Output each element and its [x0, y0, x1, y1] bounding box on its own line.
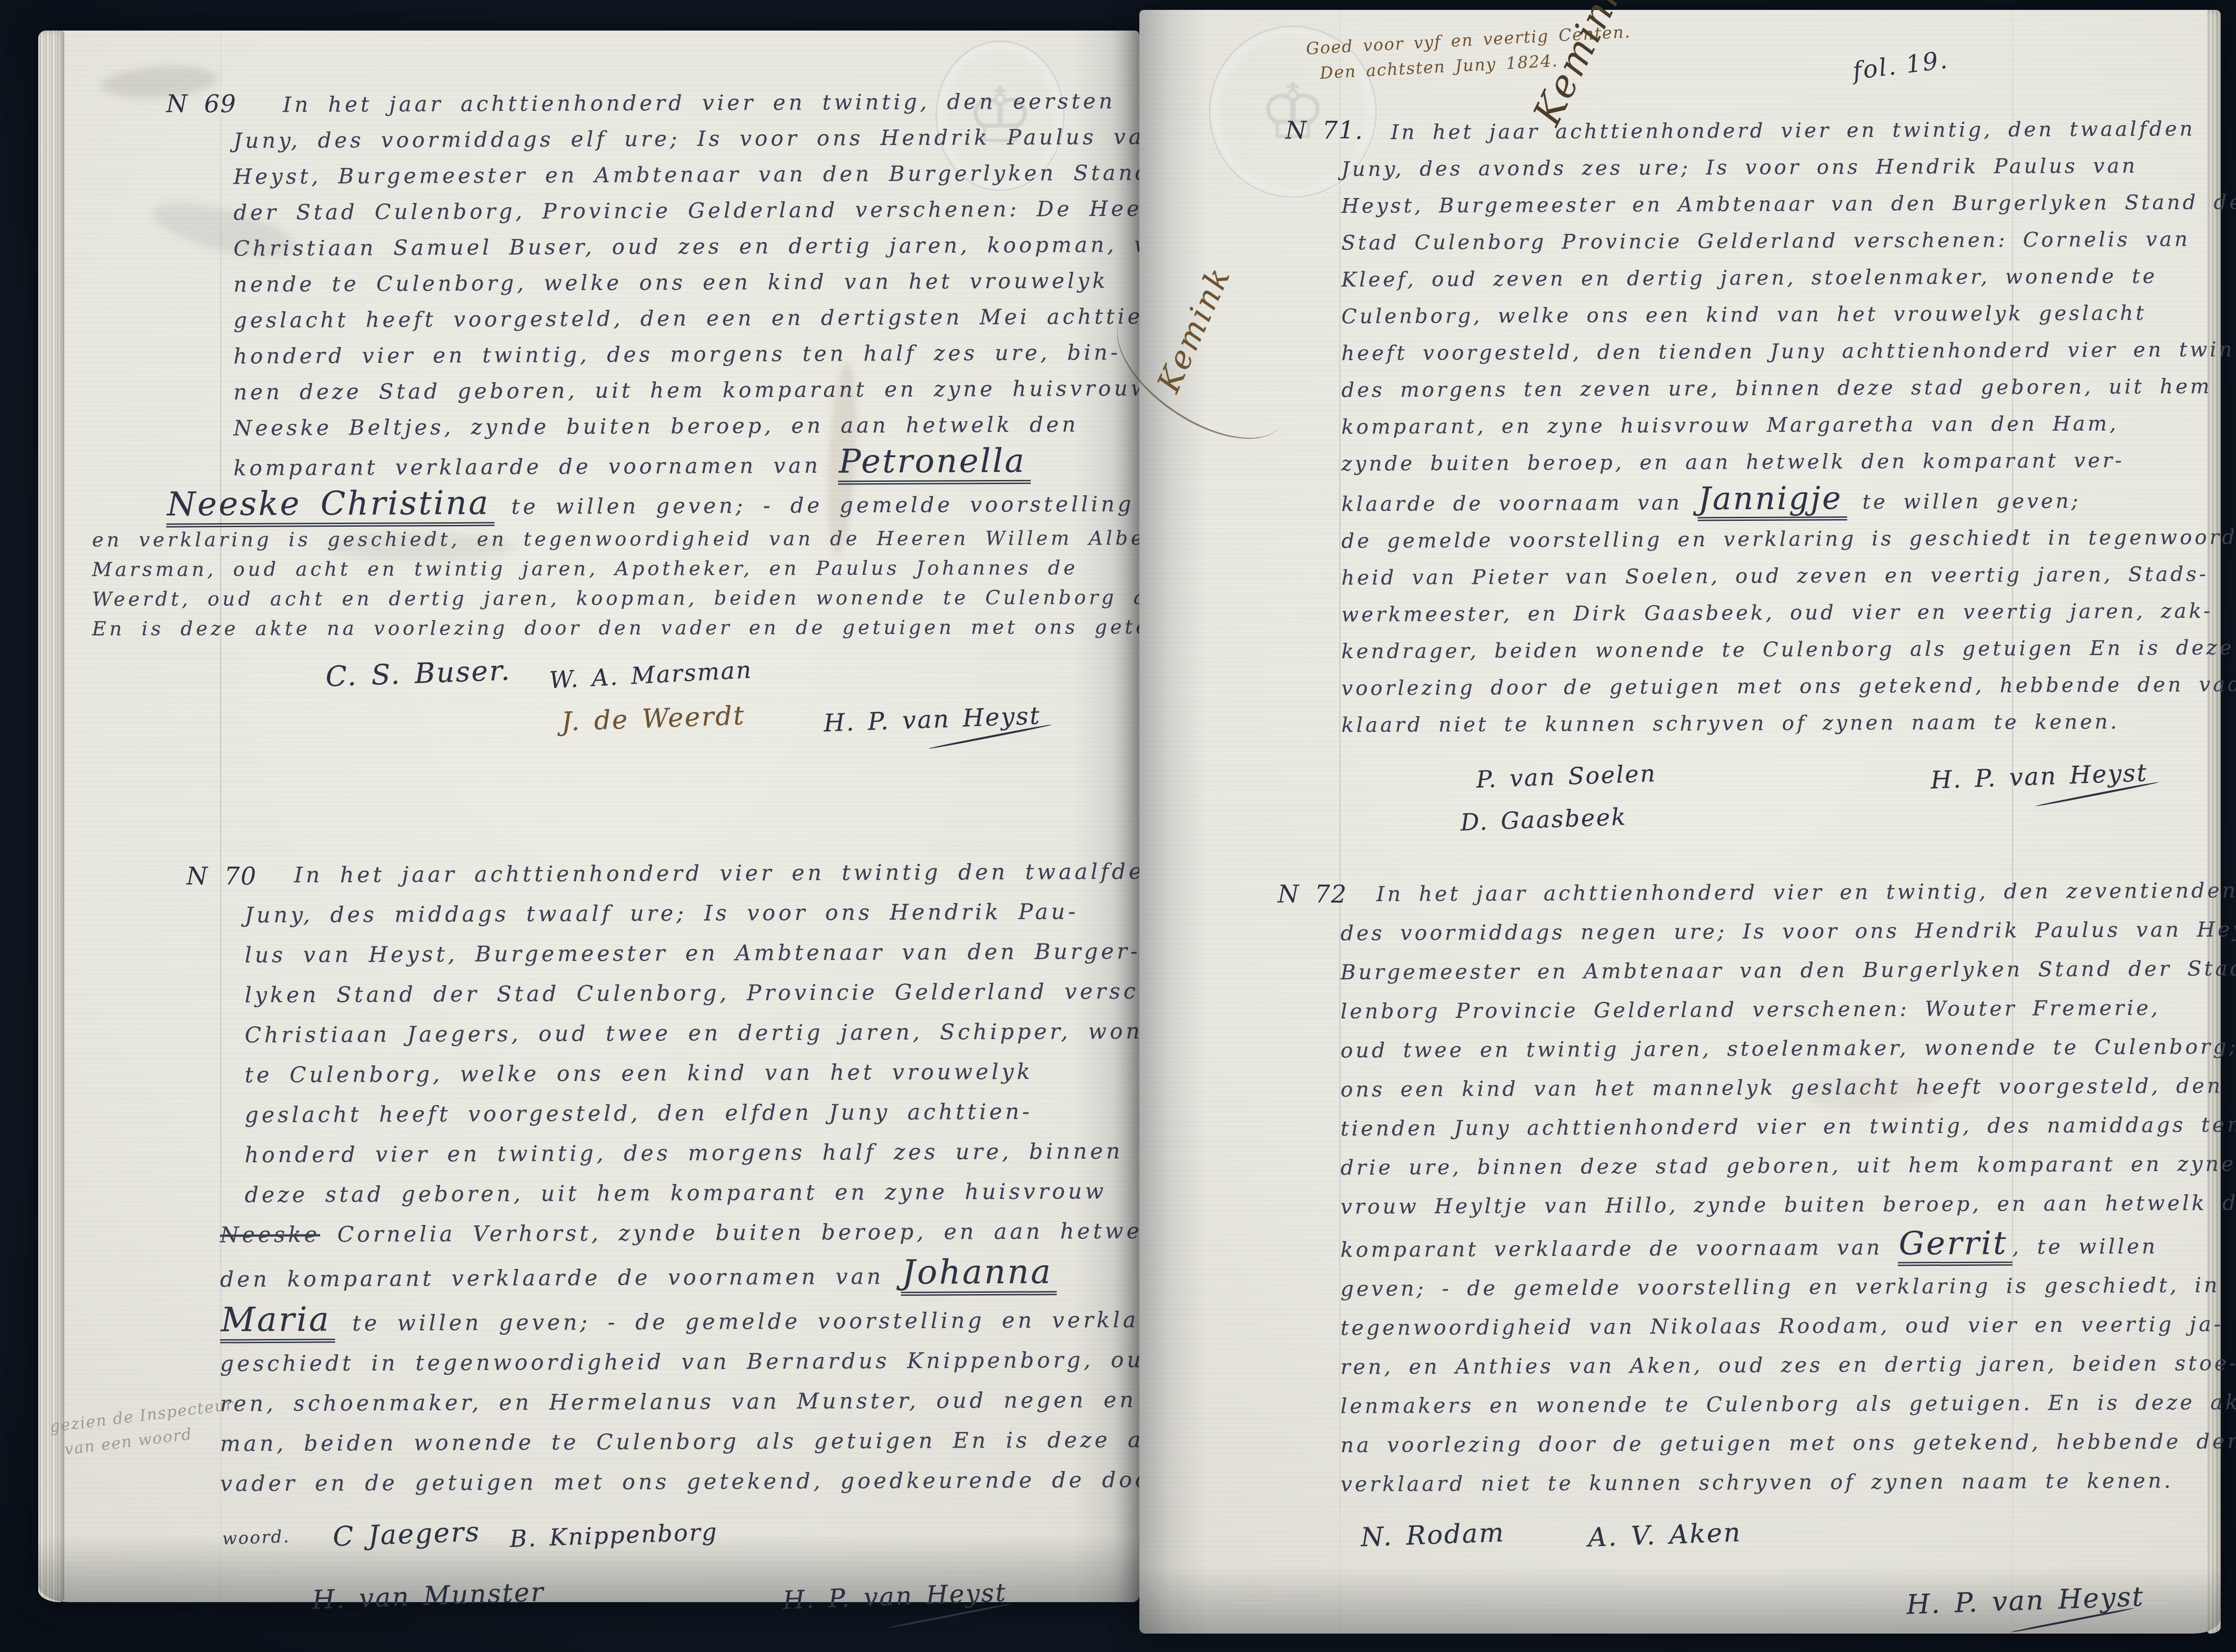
handwritten-line: geslacht heeft voorgesteld, den een en d… — [234, 299, 1136, 339]
text-segment: Heyst, Burgemeester en Ambtenaar van den… — [234, 160, 1152, 189]
text-segment: te willen geven; - de gemelde voorstelli… — [335, 1307, 1238, 1336]
handwritten-line: heeft voorgesteld, den tienden Juny acht… — [1341, 331, 2150, 372]
text-segment: heeft voorgesteld, den tienden Juny acht… — [1341, 337, 2236, 365]
handwritten-line: In het jaar achttienhonderd vier en twin… — [294, 852, 1138, 895]
handwritten-line: en verklaring is geschiedt, en tegenwoor… — [92, 524, 1136, 555]
birth-record-entry: N 72In het jaar achttienhonderd vier en … — [1341, 873, 2153, 1623]
handwritten-line: klaard niet te kunnen schryven of zynen … — [1341, 703, 2150, 744]
text-segment: nen deze Stad geboren, uit hem komparant… — [234, 376, 1152, 405]
handwritten-line: man, beiden wonende te Culenborg als get… — [220, 1420, 1138, 1464]
handwritten-line: nen deze Stad geboren, uit hem komparant… — [234, 371, 1136, 411]
text-segment: Marsman, oud acht en twintig jaren, Apot… — [92, 557, 1078, 581]
signature-row: H. P. van Heyst — [1341, 1562, 2153, 1623]
text-segment: Heyst, Burgemeester en Ambtenaar van den… — [1341, 190, 2236, 218]
handwritten-line: der Stad Culenborg, Provincie Gelderland… — [234, 191, 1136, 231]
text-segment: ons een kind van het mannelyk geslacht h… — [1341, 1073, 2236, 1101]
handwritten-line: geschiedt in tegenwoordigheid van Bernar… — [220, 1340, 1138, 1384]
struck-word: Neeske — [220, 1222, 320, 1247]
text-segment: In het jaar achttienhonderd vier en twin… — [283, 89, 1116, 117]
handwritten-line: lenmakers en wonende te Culenborg als ge… — [1341, 1383, 2153, 1426]
handwritten-line: Christiaan Jaegers, oud twee en dertig j… — [245, 1012, 1138, 1056]
handwritten-line: Culenborg, welke ons een kind van het vr… — [1341, 295, 2150, 335]
text-segment: En is deze akte na voorlezing door den v… — [92, 616, 1221, 640]
handwritten-line: nende te Culenborg, welke ons een kind v… — [234, 263, 1136, 303]
handwritten-line: kendrager, beiden wonende te Culenborg a… — [1341, 630, 2150, 670]
handwritten-line: komparant, en zyne huisvrouw Margaretha … — [1341, 405, 2150, 445]
signature-block: P. van SoelenH. P. van HeystD. Gaasbeek — [1341, 758, 2150, 838]
signature-weerdt: J. de Weerdt — [561, 697, 746, 740]
text-segment: Burgemeester en Ambtenaar van den Burger… — [1341, 956, 2236, 984]
handwritten-line: honderd vier en twintig, des morgens hal… — [245, 1132, 1138, 1176]
text-segment: den komparant verklaarde de voornamen va… — [220, 1264, 901, 1292]
handwritten-line: lus van Heyst, Burgemeester en Ambtenaar… — [245, 932, 1138, 976]
text-segment: Christiaan Samuel Buser, oud zes en dert… — [234, 232, 1182, 261]
handwritten-line: verklaard niet te kunnen schryven of zyn… — [1341, 1461, 2153, 1504]
handwritten-line: zynde buiten beroep, en aan hetwelk den … — [1341, 442, 2150, 482]
handwritten-line: tegenwoordigheid van Nikolaas Roodam, ou… — [1341, 1305, 2153, 1348]
handwritten-line: Neeske Beltjes, zynde buiten beroep, en … — [234, 407, 1136, 447]
signature-rodam: N. Rodam — [1360, 1513, 1506, 1557]
handwritten-line: In het jaar achttienhonderd vier en twin… — [1376, 871, 2153, 914]
signature-row: C. S. Buser.W. A. Marsman — [234, 656, 1136, 693]
text-segment: Neeske Beltjes, zynde buiten beroep, en … — [234, 412, 1079, 441]
handwritten-line: werkmeester, en Dirk Gaasbeek, oud vier … — [1341, 593, 2150, 633]
handwritten-line: lenborg Provincie Gelderland verschenen:… — [1341, 988, 2153, 1031]
text-segment: verklaard niet te kunnen schryven of zyn… — [1341, 1468, 2173, 1496]
signature-heyst70: H. P. van Heyst — [782, 1573, 1012, 1623]
handwritten-line: Christiaan Samuel Buser, oud zes en dert… — [234, 227, 1136, 267]
birth-record-entry: N 69In het jaar achttienhonderd vier en … — [234, 85, 1136, 740]
signature-block: N. RodamA. V. AkenH. P. van Heyst — [1341, 1515, 2153, 1623]
signature-row: P. van SoelenH. P. van Heyst — [1341, 758, 2150, 797]
signature-block: woord.C JaegersB. KnippenborgH. van Muns… — [245, 1515, 1138, 1619]
handwritten-line: klaarde de voornaam van Jannigje te will… — [1341, 479, 2150, 523]
text-segment: honderd vier en twintig, des morgens ten… — [234, 340, 1121, 369]
text-segment: Weerdt, oud acht en dertig jaren, koopma… — [92, 586, 1299, 611]
handwritten-line: Neeske Cornelia Verhorst, zynde buiten b… — [220, 1211, 1138, 1256]
text-segment: komparant, en zyne huisvrouw Margaretha … — [1341, 411, 2119, 439]
text-segment: In het jaar achttienhonderd vier en twin… — [294, 859, 1162, 888]
entry-number: N 72 — [1278, 875, 1347, 914]
text-segment: In het jaar achttienhonderd vier en twin… — [1376, 878, 2236, 906]
handwritten-line: Marsman, oud acht en twintig jaren, Apot… — [92, 553, 1136, 585]
handwritten-line: den komparant verklaarde de voornamen va… — [220, 1251, 1138, 1300]
signature-heyst71: H. P. van Heyst — [1930, 754, 2160, 801]
text-segment: honderd vier en twintig, des morgens hal… — [245, 1139, 1123, 1168]
signature-row: D. Gaasbeek — [1341, 804, 2150, 838]
birth-record-entry: N 70In het jaar achttienhonderd vier en … — [245, 854, 1138, 1619]
text-segment: voorlezing door de getuigen met ons gete… — [1341, 672, 2236, 700]
handwritten-line: lyken Stand der Stad Culenborg, Provinci… — [245, 972, 1138, 1016]
underlined-given-name: Neeske Christina — [166, 484, 494, 528]
text-segment: Kleef, oud zeven en dertig jaren, stoele… — [1341, 264, 2157, 291]
text-segment: komparant verklaarde de voornamen van — [234, 454, 838, 481]
text-segment: komparant verklaarde de voornaam van — [1341, 1235, 1898, 1262]
text-segment: geslacht heeft voorgesteld, den een en d… — [234, 304, 1170, 333]
text-segment: tienden Juny achttienhonderd vier en twi… — [1341, 1112, 2236, 1141]
handwritten-line: Juny, des middags twaalf ure; Is voor on… — [245, 892, 1138, 936]
handwritten-line: na voorlezing door de getuigen met ons g… — [1341, 1422, 2153, 1465]
text-segment: heid van Pieter van Soelen, oud zeven en… — [1341, 562, 2209, 590]
right-page: ♔ Goed voor vyf en veertig Centen. Den a… — [1139, 10, 2221, 1634]
signature-jaegers: C Jaegers — [332, 1512, 481, 1557]
register-book-scan: ♔ gezien de Inspecteur van een woord N 6… — [0, 0, 2236, 1652]
text-segment: geven; - de gemelde voorstelling en verk… — [1341, 1273, 2220, 1301]
handwritten-line: Burgemeester en Ambtenaar van den Burger… — [1341, 949, 2153, 992]
text-segment: klaarde de voornaam van — [1341, 490, 1698, 515]
entry-number: N 71. — [1285, 112, 1363, 149]
handwritten-line: komparant verklaarde de voornamen van Pe… — [234, 443, 1136, 487]
text-segment: nende te Culenborg, welke ons een kind v… — [234, 269, 1108, 297]
underlined-given-name: Maria — [220, 1300, 335, 1343]
right-entries-container: N 71.In het jaar achttienhonderd vier en… — [1139, 10, 2221, 1634]
text-segment: der Stad Culenborg, Provincie Gelderland… — [234, 196, 1155, 225]
handwritten-line: In het jaar achttienhonderd vier en twin… — [1391, 110, 2150, 150]
signature-block: C. S. Buser.W. A. MarsmanJ. de WeerdtH. … — [234, 656, 1136, 740]
signature-knippenborg: B. Knippenborg — [509, 1512, 719, 1559]
entry-number: N 69 — [166, 86, 237, 122]
handwritten-line: En is deze akte na voorlezing door den v… — [92, 612, 1136, 644]
handwritten-line: de gemelde voorstelling en verklaring is… — [1341, 519, 2150, 559]
text-segment: geslacht heeft voorgesteld, den elfden J… — [245, 1099, 1033, 1128]
handwritten-line: Heyst, Burgemeester en Ambtenaar van den… — [234, 155, 1136, 195]
text-segment: deze stad geboren, uit hem komparant en … — [245, 1179, 1107, 1207]
handwritten-line: oud twee en twintig jaren, stoelenmaker,… — [1341, 1027, 2153, 1070]
handwritten-line: vader en de getuigen met ons getekend, g… — [220, 1460, 1138, 1504]
handwritten-line: In het jaar achttienhonderd vier en twin… — [283, 84, 1136, 123]
text-segment: tegenwoordigheid van Nikolaas Roodam, ou… — [1341, 1312, 2223, 1340]
handwritten-line: ren, en Anthies van Aken, oud zes en der… — [1341, 1344, 2153, 1387]
text-segment: na voorlezing door de getuigen met ons g… — [1341, 1428, 2236, 1457]
handwritten-line: drie ure, binnen deze stad geboren, uit … — [1341, 1145, 2153, 1187]
handwritten-line: Neeske Christina te willen geven; - de g… — [166, 482, 1136, 526]
handwritten-line: des morgens ten zeven ure, binnen deze s… — [1341, 368, 2150, 409]
signature-aken: A. V. Aken — [1588, 1513, 1742, 1557]
handwritten-line: geven; - de gemelde voorstelling en verk… — [1341, 1266, 2153, 1308]
text-segment: Juny, des voormiddags elf ure; Is voor o… — [234, 124, 1161, 153]
text-segment: des morgens ten zeven ure, binnen deze s… — [1341, 374, 2212, 401]
handwritten-line: Juny, des voormiddags elf ure; Is voor o… — [234, 119, 1136, 159]
handwritten-line: te Culenborg, welke ons een kind van het… — [245, 1052, 1138, 1096]
birth-record-entry: N 71.In het jaar achttienhonderd vier en… — [1341, 112, 2150, 838]
text-segment: en verklaring is geschiedt, en tegenwoor… — [92, 527, 1198, 551]
text-segment: Stad Culenborg Provincie Gelderland vers… — [1341, 227, 2190, 255]
signature-gaasbeek: D. Gaasbeek — [1460, 799, 1627, 841]
text-segment: lyken Stand der Stad Culenborg, Provinci… — [245, 978, 1232, 1008]
signature-row: J. de WeerdtH. P. van Heyst — [234, 700, 1136, 740]
underlined-given-name: Petronella — [838, 442, 1031, 485]
handwritten-line: vrouw Heyltje van Hillo, zynde buiten be… — [1341, 1184, 2153, 1226]
signature-soelen: P. van Soelen — [1476, 755, 1657, 798]
text-segment: oud twee en twintig jaren, stoelenmaker,… — [1341, 1034, 2236, 1062]
handwritten-line: Kleef, oud zeven en dertig jaren, stoele… — [1341, 258, 2150, 298]
text-segment: Christiaan Jaegers, oud twee en dertig j… — [245, 1018, 1209, 1048]
handwritten-line: Heyst, Burgemeester en Ambtenaar van den… — [1341, 184, 2150, 225]
handwritten-line: deze stad geboren, uit hem komparant en … — [245, 1172, 1138, 1216]
text-segment: de gemelde voorstelling en verklaring is… — [1341, 525, 2236, 553]
signature-row: H. van MunsterH. P. van Heyst — [245, 1565, 1138, 1619]
handwritten-line: komparant verklaarde de voornaam van Ger… — [1341, 1223, 2153, 1269]
handwritten-line: Maria te willen geven; - de gemelde voor… — [220, 1296, 1138, 1344]
handwritten-line: Stad Culenborg Provincie Gelderland vers… — [1341, 221, 2150, 261]
text-segment: vrouw Heyltje van Hillo, zynde buiten be… — [1341, 1190, 2236, 1219]
handwritten-line: des voormiddags negen ure; Is voor ons H… — [1341, 910, 2153, 953]
handwritten-line: ren, schoenmaker, en Hermelanus van Muns… — [220, 1380, 1138, 1424]
signature-buser: C. S. Buser. — [325, 652, 512, 695]
signature-row: woord.C JaegersB. Knippenborg — [245, 1515, 1138, 1558]
text-segment: , te willen — [2012, 1234, 2158, 1259]
text-segment: lenborg Provincie Gelderland verschenen:… — [1341, 996, 2161, 1023]
signature-heyst72: H. P. van Heyst — [1906, 1577, 2145, 1627]
signature-marsman: W. A. Marsman — [548, 652, 753, 699]
left-entries-container: N 69In het jaar achttienhonderd vier en … — [38, 31, 1139, 1602]
text-segment: te Culenborg, welke ons een kind van het… — [245, 1059, 1033, 1088]
entry-number: N 70 — [186, 856, 257, 896]
text-segment: Juny, des avonds zes ure; Is voor ons He… — [1341, 154, 2138, 181]
handwritten-line: heid van Pieter van Soelen, oud zeven en… — [1341, 556, 2150, 596]
handwritten-line: tienden Juny achttienhonderd vier en twi… — [1341, 1106, 2153, 1148]
underlined-given-name: Jannigje — [1697, 480, 1847, 521]
text-segment: te willen geven; — [1847, 489, 2081, 514]
text-segment: zynde buiten beroep, en aan hetwelk den … — [1341, 448, 2125, 476]
handwritten-line: geslacht heeft voorgesteld, den elfden J… — [245, 1092, 1138, 1136]
text-segment: lenmakers en wonende te Culenborg als ge… — [1341, 1390, 2236, 1418]
handwritten-line: honderd vier en twintig, des morgens ten… — [234, 335, 1136, 375]
text-segment: Cornelia Verhorst, zynde buiten beroep, … — [320, 1218, 1169, 1247]
underlined-given-name: Johanna — [901, 1252, 1057, 1296]
text-segment: drie ure, binnen deze stad geboren, uit … — [1341, 1151, 2236, 1179]
underlined-given-name: Gerrit — [1898, 1224, 2012, 1266]
text-segment: te willen geven; - de gemelde voorstelli… — [494, 492, 1184, 520]
signature-heyst69: H. P. van Heyst — [823, 697, 1054, 744]
handwritten-line: Weerdt, oud acht en dertig jaren, koopma… — [92, 583, 1136, 614]
text-segment: lus van Heyst, Burgemeester en Ambtenaar… — [245, 939, 1141, 968]
left-page: ♔ gezien de Inspecteur van een woord N 6… — [38, 31, 1139, 1602]
signature-munster: H. van Munster — [312, 1572, 546, 1620]
text-segment: klaard niet te kunnen schryven of zynen … — [1341, 709, 2120, 737]
text-segment: kendrager, beiden wonende te Culenborg a… — [1341, 635, 2236, 663]
handwritten-line: Juny, des avonds zes ure; Is voor ons He… — [1341, 147, 2150, 188]
handwritten-line: ons een kind van het mannelyk geslacht h… — [1341, 1066, 2153, 1109]
text-segment: werkmeester, en Dirk Gaasbeek, oud vier … — [1341, 599, 2213, 626]
text-segment: Culenborg, welke ons een kind van het vr… — [1341, 301, 2147, 328]
text-segment: ren, en Anthies van Aken, oud zes en der… — [1341, 1351, 2236, 1379]
handwritten-line: voorlezing door de getuigen met ons gete… — [1341, 666, 2150, 707]
text-segment: Juny, des middags twaalf ure; Is voor on… — [245, 899, 1079, 928]
text-segment: des voormiddags negen ure; Is voor ons H… — [1341, 917, 2236, 945]
signature-row: N. RodamA. V. Aken — [1341, 1515, 2153, 1555]
signature-woord: woord. — [221, 1516, 291, 1559]
text-segment: In het jaar achttienhonderd vier en twin… — [1391, 117, 2195, 144]
